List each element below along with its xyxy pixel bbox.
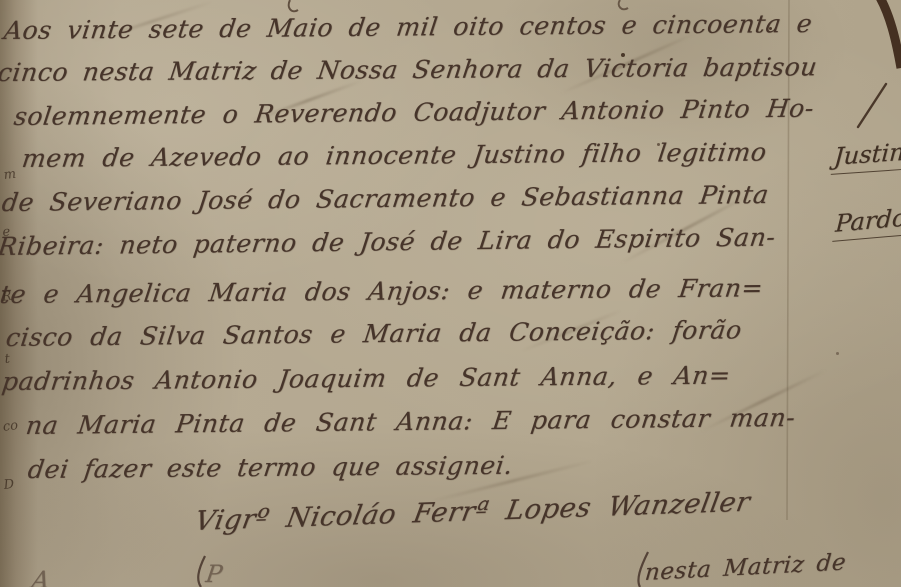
ink-speck — [836, 352, 839, 355]
record-line-5: de Severiano José do Sacramento e Sebast… — [0, 180, 770, 217]
gutter-ink-fragment: R — [1, 289, 13, 305]
record-line-11: dei fazer este termo que assignei. — [26, 451, 515, 484]
record-line-1: Aos vinte sete de Maio de mil oito cento… — [2, 9, 814, 45]
next-record-fragment-left: A — [30, 566, 52, 587]
record-line-4: mem de Azevedo ao innocente Justino filh… — [20, 138, 768, 173]
gutter-ink-fragment: D — [3, 477, 15, 493]
margin-note-justino: Justino — [831, 137, 901, 175]
gutter-ink-fragment: co — [2, 418, 19, 435]
pen-check-stroke — [858, 84, 886, 127]
signature-line: Vigrº Nicoláo Ferrª Lopes Wanzeller — [192, 487, 752, 537]
next-record-fragment-mid: P — [204, 560, 225, 587]
record-line-6: Ribeira: neto paterno de José de Lira do… — [0, 223, 777, 261]
gutter-ink-fragment: e — [2, 224, 11, 240]
record-line-9: padrinhos Antonio Joaquim de Sant Anna, … — [0, 361, 732, 396]
record-line-2: cinco nesta Matriz de Nossa Senhora da V… — [0, 52, 819, 87]
record-line-7: te e Angelica Maria dos Anjos: e materno… — [0, 273, 765, 309]
record-line-3: solemnemente o Reverendo Coadjutor Anton… — [12, 94, 816, 131]
top-descender-stroke-2 — [619, 0, 628, 9]
margin-note-pardo: Pardo — [832, 203, 901, 242]
manuscript-page: Aos vinte sete de Maio de mil oito cento… — [0, 0, 901, 587]
top-descender-stroke — [289, 0, 298, 11]
page-edge-shadow — [878, 0, 901, 68]
gutter-ink-fragment: m — [3, 167, 17, 183]
gutter-ink-fragment: t — [4, 352, 11, 367]
next-record-fragment-right: nesta Matriz de — [644, 550, 848, 586]
record-line-8: cisco da Silva Santos e Maria da Conceiç… — [4, 315, 744, 352]
record-line-10: na Maria Pinta de Sant Anna: E para cons… — [24, 403, 797, 440]
